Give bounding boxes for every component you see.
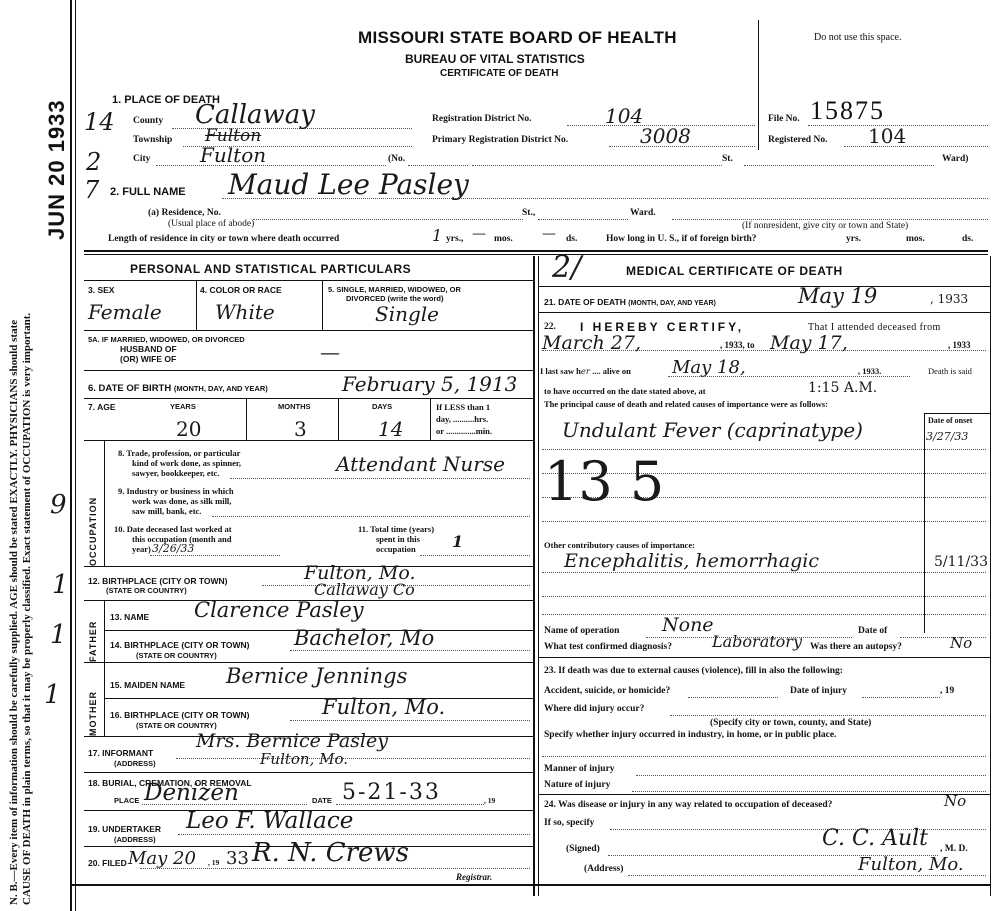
- total-time-value: 1: [452, 532, 463, 551]
- father-side-label: FATHER: [88, 621, 98, 662]
- total-time-label-3: occupation: [376, 544, 416, 554]
- undertaker-sublabel: (ADDRESS): [114, 835, 156, 844]
- form-subtitle: BUREAU OF VITAL STATISTICS: [405, 52, 585, 66]
- margin-mark-9: 9: [50, 490, 67, 520]
- spouse-label-1: 5A. IF MARRIED, WIDOWED, OR DIVORCED: [88, 335, 245, 344]
- form-right-border: [990, 256, 991, 896]
- residence-ward-label: Ward.: [630, 208, 656, 218]
- length-months-value: —: [472, 226, 486, 242]
- mother-birthplace-sublabel: (STATE OR COUNTRY): [136, 721, 217, 730]
- last-saw-label: I last saw her .... alive on: [540, 366, 631, 377]
- form-left-border: [70, 0, 72, 911]
- margin-mark-1c: 1: [44, 680, 61, 710]
- nature-injury-label: Nature of injury: [544, 780, 610, 790]
- dod-value: May 19: [798, 284, 877, 308]
- street-label: St.: [722, 154, 733, 164]
- length-residence-label: Length of residence in city or town wher…: [108, 234, 339, 244]
- trade-label-2: kind of work done, as spinner,: [132, 458, 241, 468]
- father-birthplace-label: 14. BIRTHPLACE (CITY OR TOWN): [110, 640, 249, 650]
- medical-mark: 2/: [552, 250, 581, 285]
- street-no-label: (No.: [388, 154, 405, 164]
- age-label: 7. AGE: [88, 402, 116, 412]
- filed-label: 20. FILED: [88, 858, 127, 868]
- injury-date-label: Date of injury: [790, 686, 847, 696]
- classification-code-marks: 13 5: [544, 450, 664, 513]
- form-doc-type: CERTIFICATE OF DEATH: [440, 68, 559, 79]
- race-label: 4. COLOR OR RACE: [200, 285, 282, 295]
- physician-address-value: Fulton, Mo.: [858, 854, 964, 875]
- last-saw-date-value: May 18,: [672, 357, 746, 378]
- time-of-death-value: 1:15 A.M.: [808, 380, 877, 396]
- filed-date-value: May 20: [128, 848, 196, 869]
- age-months-value: 3: [294, 417, 307, 441]
- mother-birthplace-value: Fulton, Mo.: [322, 695, 445, 719]
- undertaker-label: 19. UNDERTAKER: [88, 824, 161, 834]
- father-name-label: 13. NAME: [110, 612, 149, 622]
- principal-cause-label: The principal cause of death and related…: [544, 399, 828, 409]
- sex-label: 3. SEX: [88, 285, 114, 295]
- undertaker-value: Leo F. Wallace: [186, 808, 353, 834]
- mother-maiden-value: Bernice Jennings: [226, 664, 407, 688]
- margin-mark-1a: 1: [52, 570, 69, 600]
- margin-mark-7: 7: [84, 176, 99, 204]
- margin-mark-2: 2: [86, 148, 101, 176]
- md-label: , M. D.: [940, 844, 968, 854]
- mother-side-label: MOTHER: [88, 691, 98, 736]
- city-label: City: [133, 154, 150, 164]
- city-value: Fulton: [200, 143, 266, 167]
- other-cause-value: Encephalitis, hemorrhagic: [564, 550, 819, 572]
- burial-date-label: DATE: [312, 796, 332, 805]
- test-diagnosis-label: What test confirmed diagnosis?: [544, 642, 672, 652]
- residence-label: (a) Residence, No.: [148, 208, 221, 218]
- age-days-value: 14: [378, 417, 403, 441]
- burial-date-value: 5-21-33: [342, 780, 441, 805]
- last-worked-label-3: year): [132, 544, 151, 554]
- informant-sublabel: (ADDRESS): [114, 759, 156, 768]
- onset-label: Date of onset: [928, 416, 972, 425]
- industry-label-1: 9. Industry or business in which: [118, 486, 234, 496]
- medical-section-title: MEDICAL CERTIFICATE OF DEATH: [626, 264, 843, 278]
- dob-label: 6. DATE OF BIRTH (MONTH, DAY, AND YEAR): [88, 383, 268, 394]
- length-months-label: mos.: [494, 234, 513, 244]
- burial-year-suffix: , 19: [484, 796, 495, 805]
- father-name-value: Clarence Pasley: [194, 598, 364, 622]
- external-causes-label: 23. If death was due to external causes …: [544, 666, 843, 676]
- injury-year-label: , 19: [940, 686, 954, 696]
- dod-year-value: , 1933: [930, 292, 968, 306]
- informant-address-value: Fulton, Mo.: [260, 750, 348, 768]
- race-value: White: [215, 300, 275, 324]
- margin-mark-1b: 1: [50, 620, 67, 650]
- registered-no-label: Registered No.: [768, 135, 827, 145]
- foreign-birth-label: How long in U. S., if of foreign birth?: [606, 234, 757, 244]
- form-title: MISSOURI STATE BOARD OF HEALTH: [358, 28, 677, 48]
- primary-reg-label: Primary Registration District No.: [432, 135, 568, 145]
- test-diagnosis-value: Laboratory: [712, 632, 802, 651]
- registrar-label: Registrar.: [456, 872, 492, 882]
- sex-value: Female: [88, 300, 162, 324]
- certify-number: 22.: [544, 322, 556, 332]
- burial-place-label: PLACE: [114, 796, 139, 805]
- birthplace-sublabel: (STATE OR COUNTRY): [106, 586, 187, 595]
- attended-to-value: May 17,: [770, 332, 848, 354]
- signed-label: (Signed): [566, 844, 600, 854]
- file-no-label: File No.: [768, 114, 800, 124]
- total-time-label-1: 11. Total time (years): [358, 524, 434, 534]
- mother-maiden-label: 15. MAIDEN NAME: [110, 680, 185, 690]
- onset-column-divider: [924, 413, 925, 633]
- other-causes-label: Other contributory causes of importance:: [544, 540, 695, 550]
- attended-to-year: , 1933: [948, 340, 971, 350]
- father-birthplace-sublabel: (STATE OR COUNTRY): [136, 651, 217, 660]
- other-onset-value: 5/11/33: [934, 554, 988, 570]
- residence-sublabel: (Usual place of abode): [168, 219, 254, 229]
- form-bottom-rule: [70, 884, 990, 886]
- informant-name-value: Mrs. Bernice Pasley: [196, 730, 388, 752]
- instructions-note: N. B.—Every item of information should b…: [8, 0, 34, 905]
- informant-label: 17. INFORMANT: [88, 748, 153, 758]
- trade-label-3: sawyer, bookkeeper, etc.: [132, 468, 219, 478]
- received-stamp: JUN 20 1933: [44, 99, 70, 240]
- residence-street-label: St.,: [522, 208, 535, 218]
- if-so-label: If so, specify: [544, 818, 594, 828]
- full-name-label: 2. FULL NAME: [110, 186, 186, 198]
- file-no-value: 15875: [810, 96, 885, 126]
- industry-label-2: work was done, as silk mill,: [132, 496, 231, 506]
- physician-signature: C. C. Ault: [822, 826, 928, 851]
- age-years-value: 20: [176, 417, 201, 441]
- occupation-related-value: No: [944, 792, 966, 810]
- length-days-value: —: [542, 226, 556, 242]
- nonresident-note: (If nonresident, give city or town and S…: [742, 221, 908, 231]
- registered-no-value: 104: [868, 124, 906, 148]
- burial-place-value: Denizen: [144, 780, 239, 806]
- filed-year-value: 33: [226, 848, 249, 869]
- less-than-label-3: or ..............min.: [436, 426, 492, 436]
- do-not-use-note: Do not use this space.: [814, 32, 902, 43]
- age-years-label: YEARS: [170, 402, 196, 411]
- dob-value: February 5, 1913: [342, 372, 517, 396]
- instructions-line-1: N. B.—Every item of information should b…: [8, 0, 21, 905]
- last-saw-year: , 1933.: [858, 366, 881, 376]
- manner-injury-label: Manner of injury: [544, 764, 615, 774]
- injury-place-type-label: Specify whether injury occurred in indus…: [544, 730, 836, 740]
- less-than-label-1: If LESS than 1: [436, 402, 490, 412]
- length-years-value: 1: [432, 226, 442, 245]
- spouse-label-3: (OR) WIFE OF: [120, 354, 176, 364]
- foreign-mos-label: mos.: [906, 234, 925, 244]
- physician-address-label: (Address): [584, 864, 623, 874]
- reg-district-value: 104: [605, 104, 643, 128]
- margin-mark-14: 14: [84, 108, 115, 136]
- trade-value: Attendant Nurse: [336, 452, 505, 476]
- marital-value: Single: [375, 302, 439, 326]
- birthplace-state-value: Callaway Co: [314, 580, 415, 599]
- principal-onset-value: 3/27/33: [926, 430, 968, 443]
- less-than-label-2: day, ..........hrs.: [436, 414, 488, 424]
- dod-label: 21. DATE OF DEATH (MONTH, DAY, AND YEAR): [544, 297, 716, 307]
- registrar-signature: R. N. Crews: [252, 838, 409, 868]
- industry-label-3: saw mill, bank, etc.: [132, 506, 201, 516]
- attended-from-value: March 27,: [542, 332, 641, 354]
- township-label: Township: [133, 135, 172, 145]
- length-years-label: yrs.,: [446, 234, 463, 244]
- operation-value: None: [662, 614, 714, 636]
- occupation-related-label: 24. Was disease or injury in any way rel…: [544, 800, 832, 810]
- reg-district-label: Registration District No.: [432, 114, 531, 124]
- occurred-at-label: to have occurred on the date stated abov…: [544, 386, 706, 396]
- header-divider: [758, 20, 759, 150]
- foreign-yrs-label: yrs.: [846, 234, 861, 244]
- personal-section-title: PERSONAL AND STATISTICAL PARTICULARS: [130, 262, 411, 276]
- last-worked-value: 3/26/33: [152, 542, 194, 555]
- autopsy-label: Was there an autopsy?: [810, 642, 902, 652]
- spouse-label-2: HUSBAND OF: [120, 344, 177, 354]
- principal-cause-value: Undulant Fever (caprinatype): [562, 418, 863, 442]
- death-said-label: Death is said: [928, 366, 972, 376]
- foreign-ds-label: ds.: [962, 234, 973, 244]
- trade-label-1: 8. Trade, profession, or particular: [118, 448, 240, 458]
- full-name-value: Maud Lee Pasley: [228, 168, 469, 201]
- occupation-side-label: OCCUPATION: [88, 497, 98, 566]
- primary-reg-value: 3008: [640, 124, 691, 148]
- last-worked-label-1: 10. Date deceased last worked at: [114, 524, 232, 534]
- marital-label: 5. SINGLE, MARRIED, WIDOWED, OR: [328, 285, 461, 294]
- attended-from-year: , 1933, to: [720, 340, 755, 350]
- accident-label: Accident, suicide, or homicide?: [544, 686, 670, 696]
- spouse-value: —: [320, 340, 340, 364]
- instructions-line-2: CAUSE OF DEATH in plain terms, so that i…: [21, 0, 34, 905]
- birthplace-label: 12. BIRTHPLACE (CITY OR TOWN): [88, 576, 227, 586]
- ward-label: Ward): [942, 154, 968, 164]
- operation-date-label: Date of: [858, 626, 887, 636]
- autopsy-value: No: [950, 634, 972, 652]
- total-time-label-2: spent in this: [376, 534, 420, 544]
- form-left-border-inner: [75, 0, 76, 911]
- column-divider: [533, 256, 535, 896]
- county-label: County: [133, 116, 163, 126]
- injury-location-label: Where did injury occur?: [544, 704, 644, 714]
- age-months-label: MONTHS: [278, 402, 311, 411]
- operation-label: Name of operation: [544, 626, 619, 636]
- length-days-label: ds.: [566, 234, 577, 244]
- father-birthplace-value: Bachelor, Mo: [294, 626, 434, 650]
- mother-birthplace-label: 16. BIRTHPLACE (CITY OR TOWN): [110, 710, 249, 720]
- age-days-label: DAYS: [372, 402, 392, 411]
- header-bottom-rule: [84, 250, 988, 252]
- filed-year-prefix: , 19: [208, 858, 219, 867]
- injury-location-sublabel: (Specify city or town, county, and State…: [710, 718, 871, 728]
